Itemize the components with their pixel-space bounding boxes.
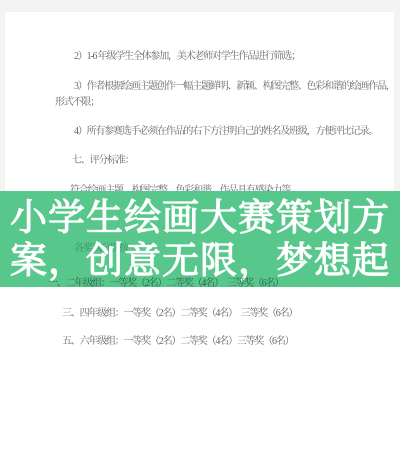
doc-line-participants: 2）1-6 年级学生全体参加，美术老师对学生作品进行筛选； [74,47,300,62]
award-row-grade-5-6: 五、六年级组：一等奖（2名）二等奖（4名）三等奖（6名） [62,332,293,347]
award-row-grade-3-4: 三、四年级组：一等奖（2名）二等奖（4名） 三等奖（6名） [62,304,297,319]
document-page: 2）1-6 年级学生全体参加，美术老师对学生作品进行筛选； 3）作者根据绘画主题… [0,0,400,475]
award-row-grade-1-2: 一、二年级组：一等奖（2名）二等奖（4名） 三等奖（6名） [48,274,283,289]
page-margin-left [0,12,5,192]
doc-heading-scoring-criteria: 七、评分标准： [72,151,134,166]
page-title-line1: 小学生绘画大赛策划方 [0,199,400,236]
page-margin-top [0,0,400,12]
doc-line-name-class-note: 4）所有参赛选手必须在作品的右下方注明自己的姓名及班级，方便评比记录。 [74,122,377,137]
doc-line-artwork-requirements: 3）作者根据绘画主题创作一幅主题鲜明、新颖、构图完整、色彩和谐的绘画作品， [74,77,395,92]
doc-line-artwork-requirements-cont: 形式不限； [55,93,99,108]
page-margin-right [394,12,400,192]
